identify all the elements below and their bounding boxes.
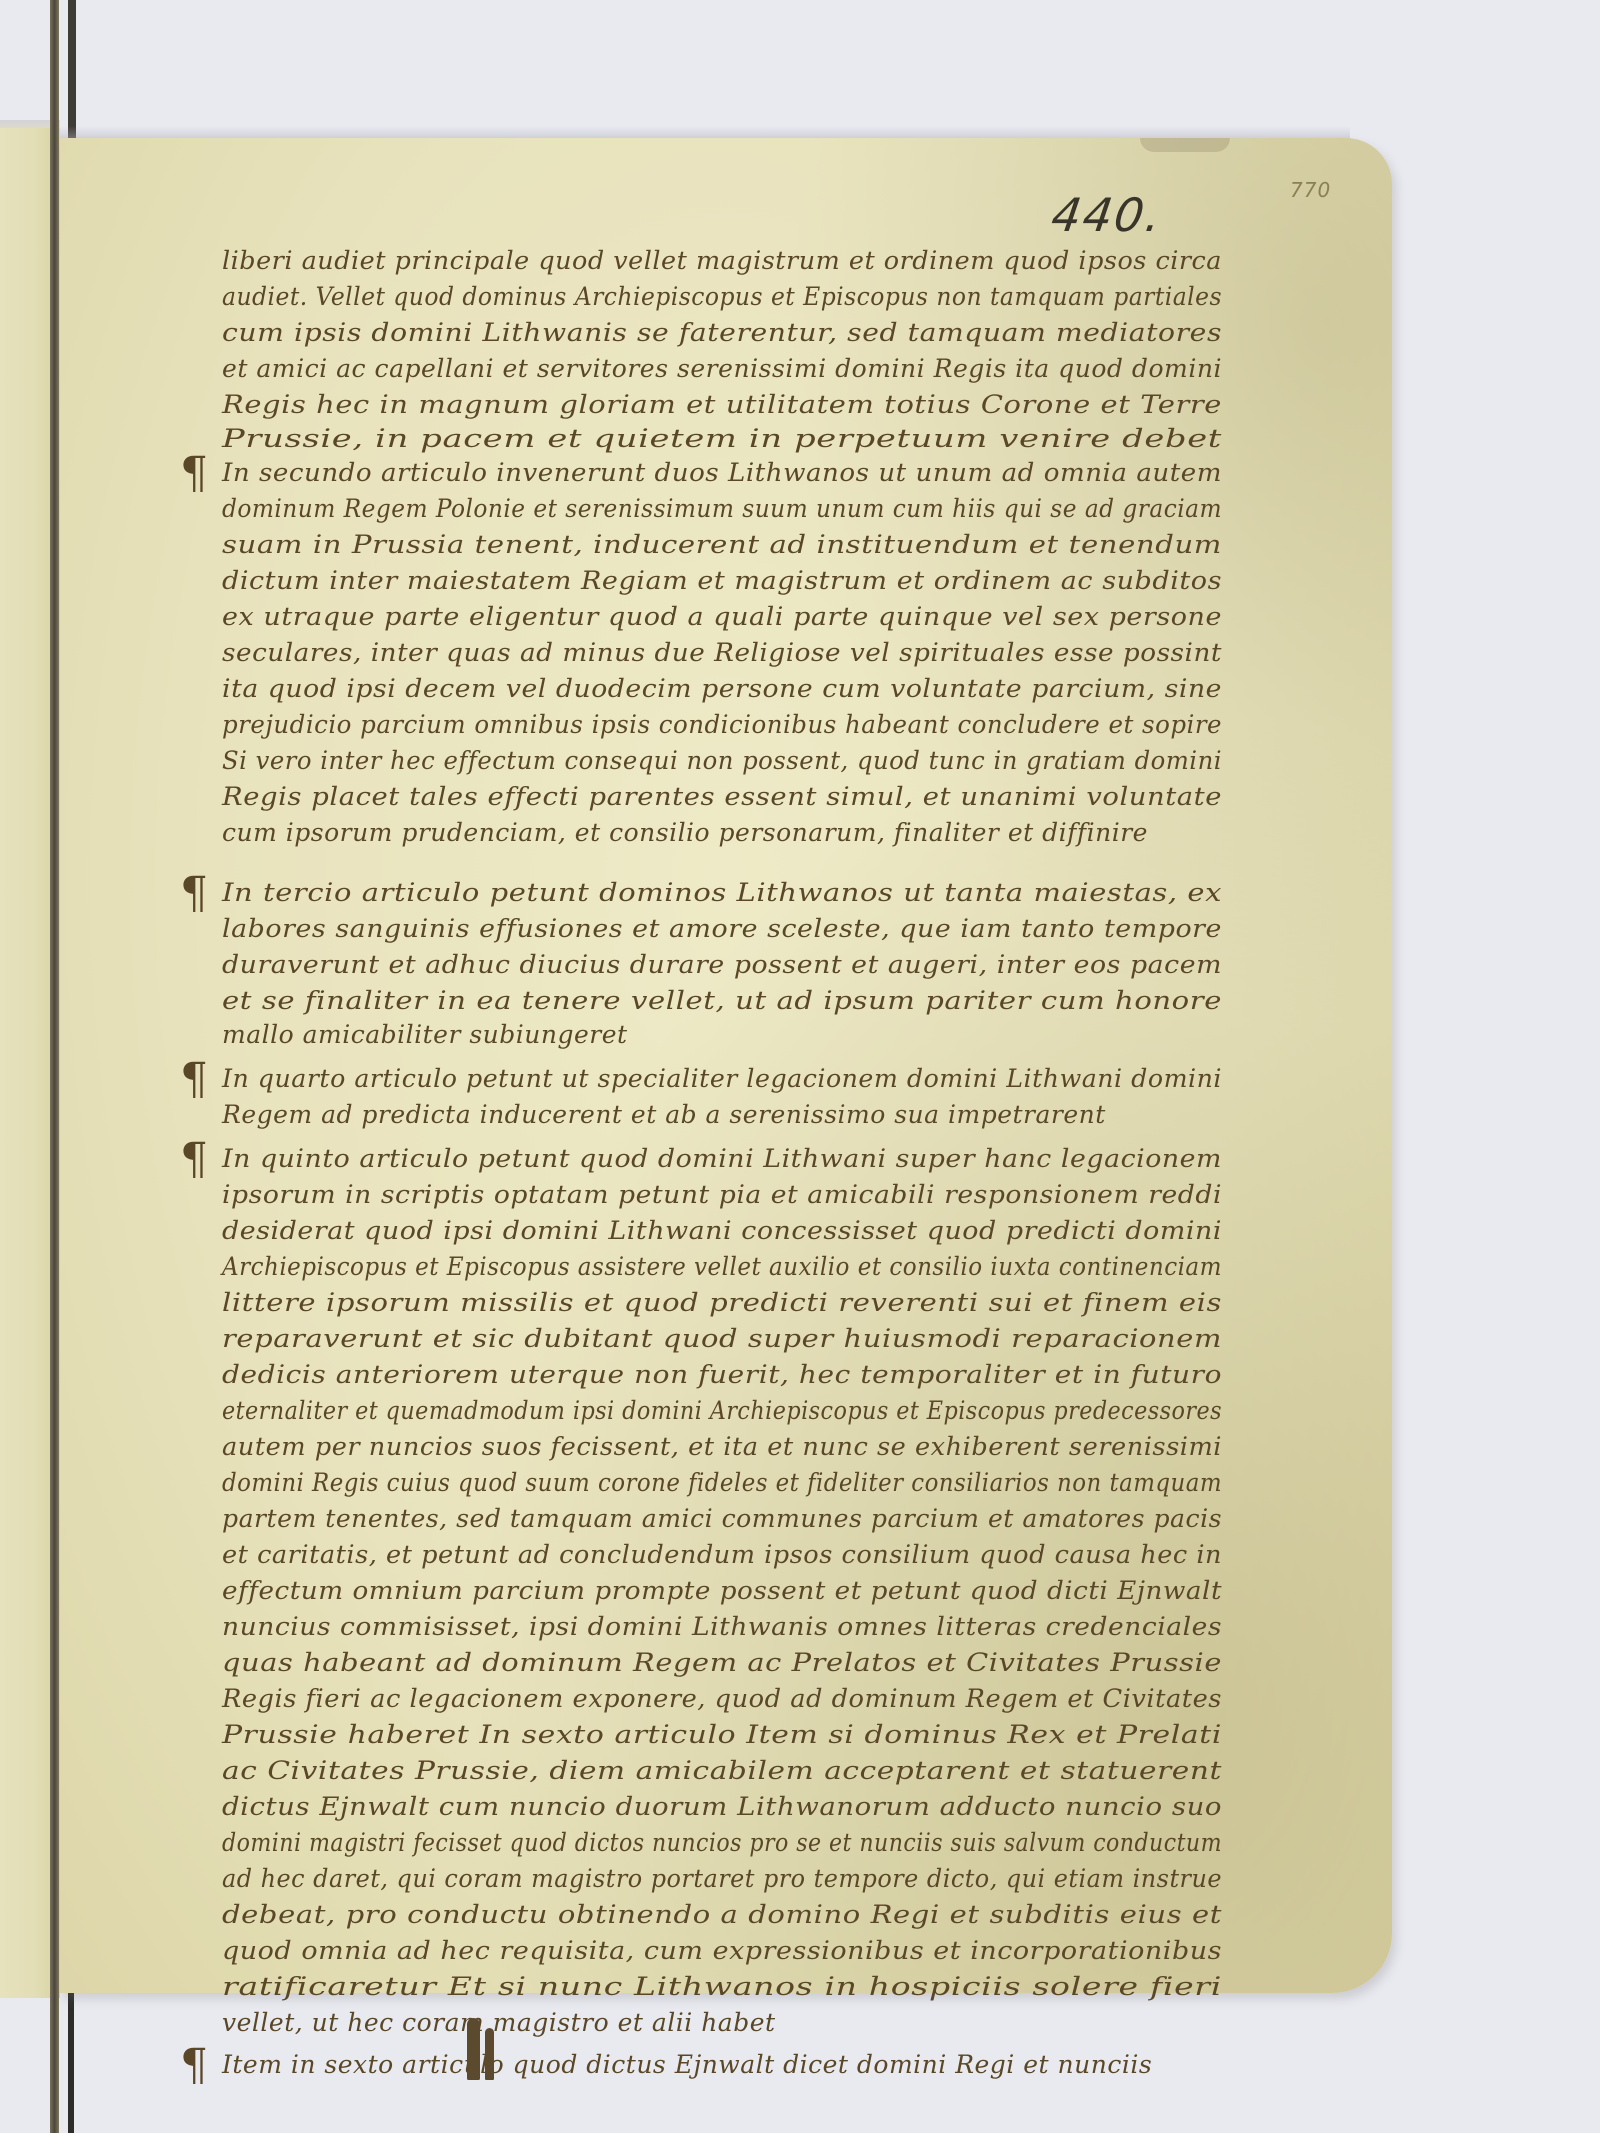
manuscript-line: In tercio articulo petunt dominos Lithwa… <box>222 878 1222 907</box>
manuscript-line: ratificaretur Et si nunc Lithwanos in ho… <box>222 1972 1222 2001</box>
old-foliation-number: 770 <box>1290 178 1331 202</box>
manuscript-line: reparaverunt et sic dubitant quod super … <box>222 1324 1222 1353</box>
manuscript-line: debeat, pro conductu obtinendo a domino … <box>222 1900 1222 1929</box>
manuscript-line: littere ipsorum missilis et quod predict… <box>222 1288 1222 1317</box>
manuscript-line: quod omnia ad hec requisita, cum express… <box>222 1936 1222 1965</box>
manuscript-line: ita quod ipsi decem vel duodecim persone… <box>222 674 1222 703</box>
manuscript-line: Item in sexto articulo quod dictus Ejnwa… <box>222 2050 1152 2079</box>
manuscript-line: cum ipsis domini Lithwanis se faterentur… <box>222 318 1222 347</box>
manuscript-line: ac Civitates Prussie, diem amicabilem ac… <box>222 1756 1222 1785</box>
manuscript-line: effectum omnium parcium prompte possent … <box>222 1576 1222 1605</box>
manuscript-line: In quarto articulo petunt ut specialiter… <box>222 1064 1222 1093</box>
manuscript-line: et se finaliter in ea tenere vellet, ut … <box>222 986 1222 1015</box>
paragraph-mark-icon: ¶ <box>180 1138 208 1182</box>
manuscript-line: labores sanguinis effusiones et amore sc… <box>222 914 1222 943</box>
manuscript-line: Regis fieri ac legacionem exponere, quod… <box>222 1684 1222 1713</box>
manuscript-line: dedicis anteriorem uterque non fuerit, h… <box>222 1360 1222 1389</box>
manuscript-line: Prussie haberet In sexto articulo Item s… <box>222 1720 1222 1749</box>
paragraph-mark-icon: ¶ <box>180 452 208 496</box>
manuscript-line: dominum Regem Polonie et serenissimum su… <box>222 494 1222 523</box>
manuscript-line: mallo amicabiliter subiungeret <box>222 1020 628 1049</box>
bottom-ink-mark <box>463 2010 499 2080</box>
manuscript-line: seculares, inter quas ad minus due Relig… <box>222 638 1222 667</box>
manuscript-line: duraverunt et adhuc diucius durare posse… <box>222 950 1222 979</box>
binding-gutter <box>50 0 59 2133</box>
manuscript-line: autem per nuncios suos fecissent, et ita… <box>222 1432 1222 1461</box>
manuscript-line: dictus Ejnwalt cum nuncio duorum Lithwan… <box>222 1792 1222 1821</box>
manuscript-line: et amici ac capellani et servitores sere… <box>222 354 1222 383</box>
manuscript-line: domini magistri fecisset quod dictos nun… <box>222 1828 1222 1857</box>
manuscript-line: cum ipsorum prudenciam, et consilio pers… <box>222 818 1148 847</box>
manuscript-line: et caritatis, et petunt ad concludendum … <box>222 1540 1222 1569</box>
manuscript-line: prejudicio parcium omnibus ipsis condici… <box>222 710 1222 739</box>
manuscript-line: ad hec daret, qui coram magistro portare… <box>222 1864 1222 1893</box>
manuscript-line: Prussie, in pacem et quietem in perpetuu… <box>222 424 1222 453</box>
manuscript-line: Regis hec in magnum gloriam et utilitate… <box>222 390 1222 419</box>
manuscript-line: ipsorum in scriptis optatam petunt pia e… <box>222 1180 1222 1209</box>
manuscript-line: Archiepiscopus et Episcopus assistere ve… <box>222 1252 1222 1281</box>
manuscript-line: dictum inter maiestatem Regiam et magist… <box>222 566 1222 595</box>
manuscript-line: liberi audiet principale quod vellet mag… <box>222 246 1222 275</box>
manuscript-line: ex utraque parte eligentur quod a quali … <box>222 602 1222 631</box>
folio-top-stain <box>1140 138 1230 152</box>
manuscript-line: domini Regis cuius quod suum corone fide… <box>222 1468 1222 1497</box>
binding-thread-bottom <box>68 1990 74 2133</box>
manuscript-line: eternaliter et quemadmodum ipsi domini A… <box>222 1396 1222 1425</box>
manuscript-line: Regis placet tales effecti parentes esse… <box>222 782 1222 811</box>
paragraph-mark-icon: ¶ <box>180 1058 208 1102</box>
paragraph-mark-icon: ¶ <box>180 2044 208 2088</box>
manuscript-line: nuncius commisisset, ipsi domini Lithwan… <box>222 1612 1222 1641</box>
manuscript-line: audiet. Vellet quod dominus Archiepiscop… <box>222 282 1222 311</box>
manuscript-line: partem tenentes, sed tamquam amici commu… <box>222 1504 1222 1533</box>
manuscript-line: suam in Prussia tenent, inducerent ad in… <box>222 530 1222 559</box>
binding-thread-top <box>68 0 76 142</box>
manuscript-line: Si vero inter hec effectum consequi non … <box>222 746 1222 775</box>
manuscript-line: desiderat quod ipsi domini Lithwani conc… <box>222 1216 1222 1245</box>
manuscript-line: quas habeant ad dominum Regem ac Prelato… <box>222 1648 1222 1677</box>
manuscript-line: Regem ad predicta inducerent et ab a ser… <box>222 1100 1106 1129</box>
paragraph-mark-icon: ¶ <box>180 872 208 916</box>
manuscript-line: In secundo articulo invenerunt duos Lith… <box>222 458 1222 487</box>
foliation-number: 440. <box>1048 188 1166 242</box>
manuscript-line: In quinto articulo petunt quod domini Li… <box>222 1144 1222 1173</box>
